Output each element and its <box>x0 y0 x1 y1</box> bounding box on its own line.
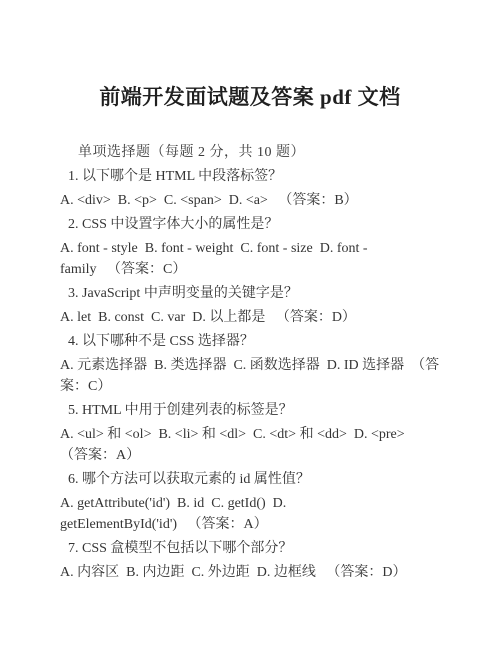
question-text: 2. CSS 中设置字体大小的属性是？ <box>0 214 500 235</box>
answer-options-line: A. 内容区 B. 内边距 C. 外边距 D. 边框线 （答案：D） <box>0 562 500 583</box>
answer-options-line: 案：C） <box>0 376 500 397</box>
question-block: 2. CSS 中设置字体大小的属性是？ A. font - style B. f… <box>0 214 500 280</box>
question-text: 7. CSS 盒模型不包括以下哪个部分？ <box>0 538 500 559</box>
answer-options-line: family （答案：C） <box>0 259 500 280</box>
answer-options-line: A. getAttribute('id') B. id C. getId() D… <box>0 493 500 514</box>
question-text: 4. 以下哪种不是 CSS 选择器？ <box>0 331 500 352</box>
answer-options-line: getElementById('id') （答案：A） <box>0 514 500 535</box>
question-block: 3. JavaScript 中声明变量的关键字是？ A. let B. cons… <box>0 283 500 328</box>
document-page: 前端开发面试题及答案 pdf 文档 单项选择题（每题 2 分，共 10 题） 1… <box>0 0 500 647</box>
answer-options-line: A. font - style B. font - weight C. font… <box>0 238 500 259</box>
question-text: 1. 以下哪个是 HTML 中段落标签？ <box>0 166 500 187</box>
answer-options-line: （答案：A） <box>0 445 500 466</box>
question-text: 5. HTML 中用于创建列表的标签是？ <box>0 400 500 421</box>
question-block: 6. 哪个方法可以获取元素的 id 属性值？ A. getAttribute('… <box>0 469 500 535</box>
answer-options-line: A. let B. const C. var D. 以上都是 （答案：D） <box>0 307 500 328</box>
answer-options-line: A. 元素选择器 B. 类选择器 C. 函数选择器 D. ID 选择器 （答 <box>0 355 500 376</box>
question-block: 5. HTML 中用于创建列表的标签是？ A. <ul> 和 <ol> B. <… <box>0 400 500 466</box>
question-block: 4. 以下哪种不是 CSS 选择器？ A. 元素选择器 B. 类选择器 C. 函… <box>0 331 500 397</box>
question-block: 7. CSS 盒模型不包括以下哪个部分？ A. 内容区 B. 内边距 C. 外边… <box>0 538 500 583</box>
question-block: 1. 以下哪个是 HTML 中段落标签？ A. <div> B. <p> C. … <box>0 166 500 211</box>
answer-options-line: A. <ul> 和 <ol> B. <li> 和 <dl> C. <dt> 和 … <box>0 424 500 445</box>
document-title: 前端开发面试题及答案 pdf 文档 <box>0 84 500 110</box>
section-heading: 单项选择题（每题 2 分，共 10 题） <box>0 142 500 163</box>
question-text: 6. 哪个方法可以获取元素的 id 属性值？ <box>0 469 500 490</box>
question-text: 3. JavaScript 中声明变量的关键字是？ <box>0 283 500 304</box>
answer-options-line: A. <div> B. <p> C. <span> D. <a> （答案：B） <box>0 190 500 211</box>
